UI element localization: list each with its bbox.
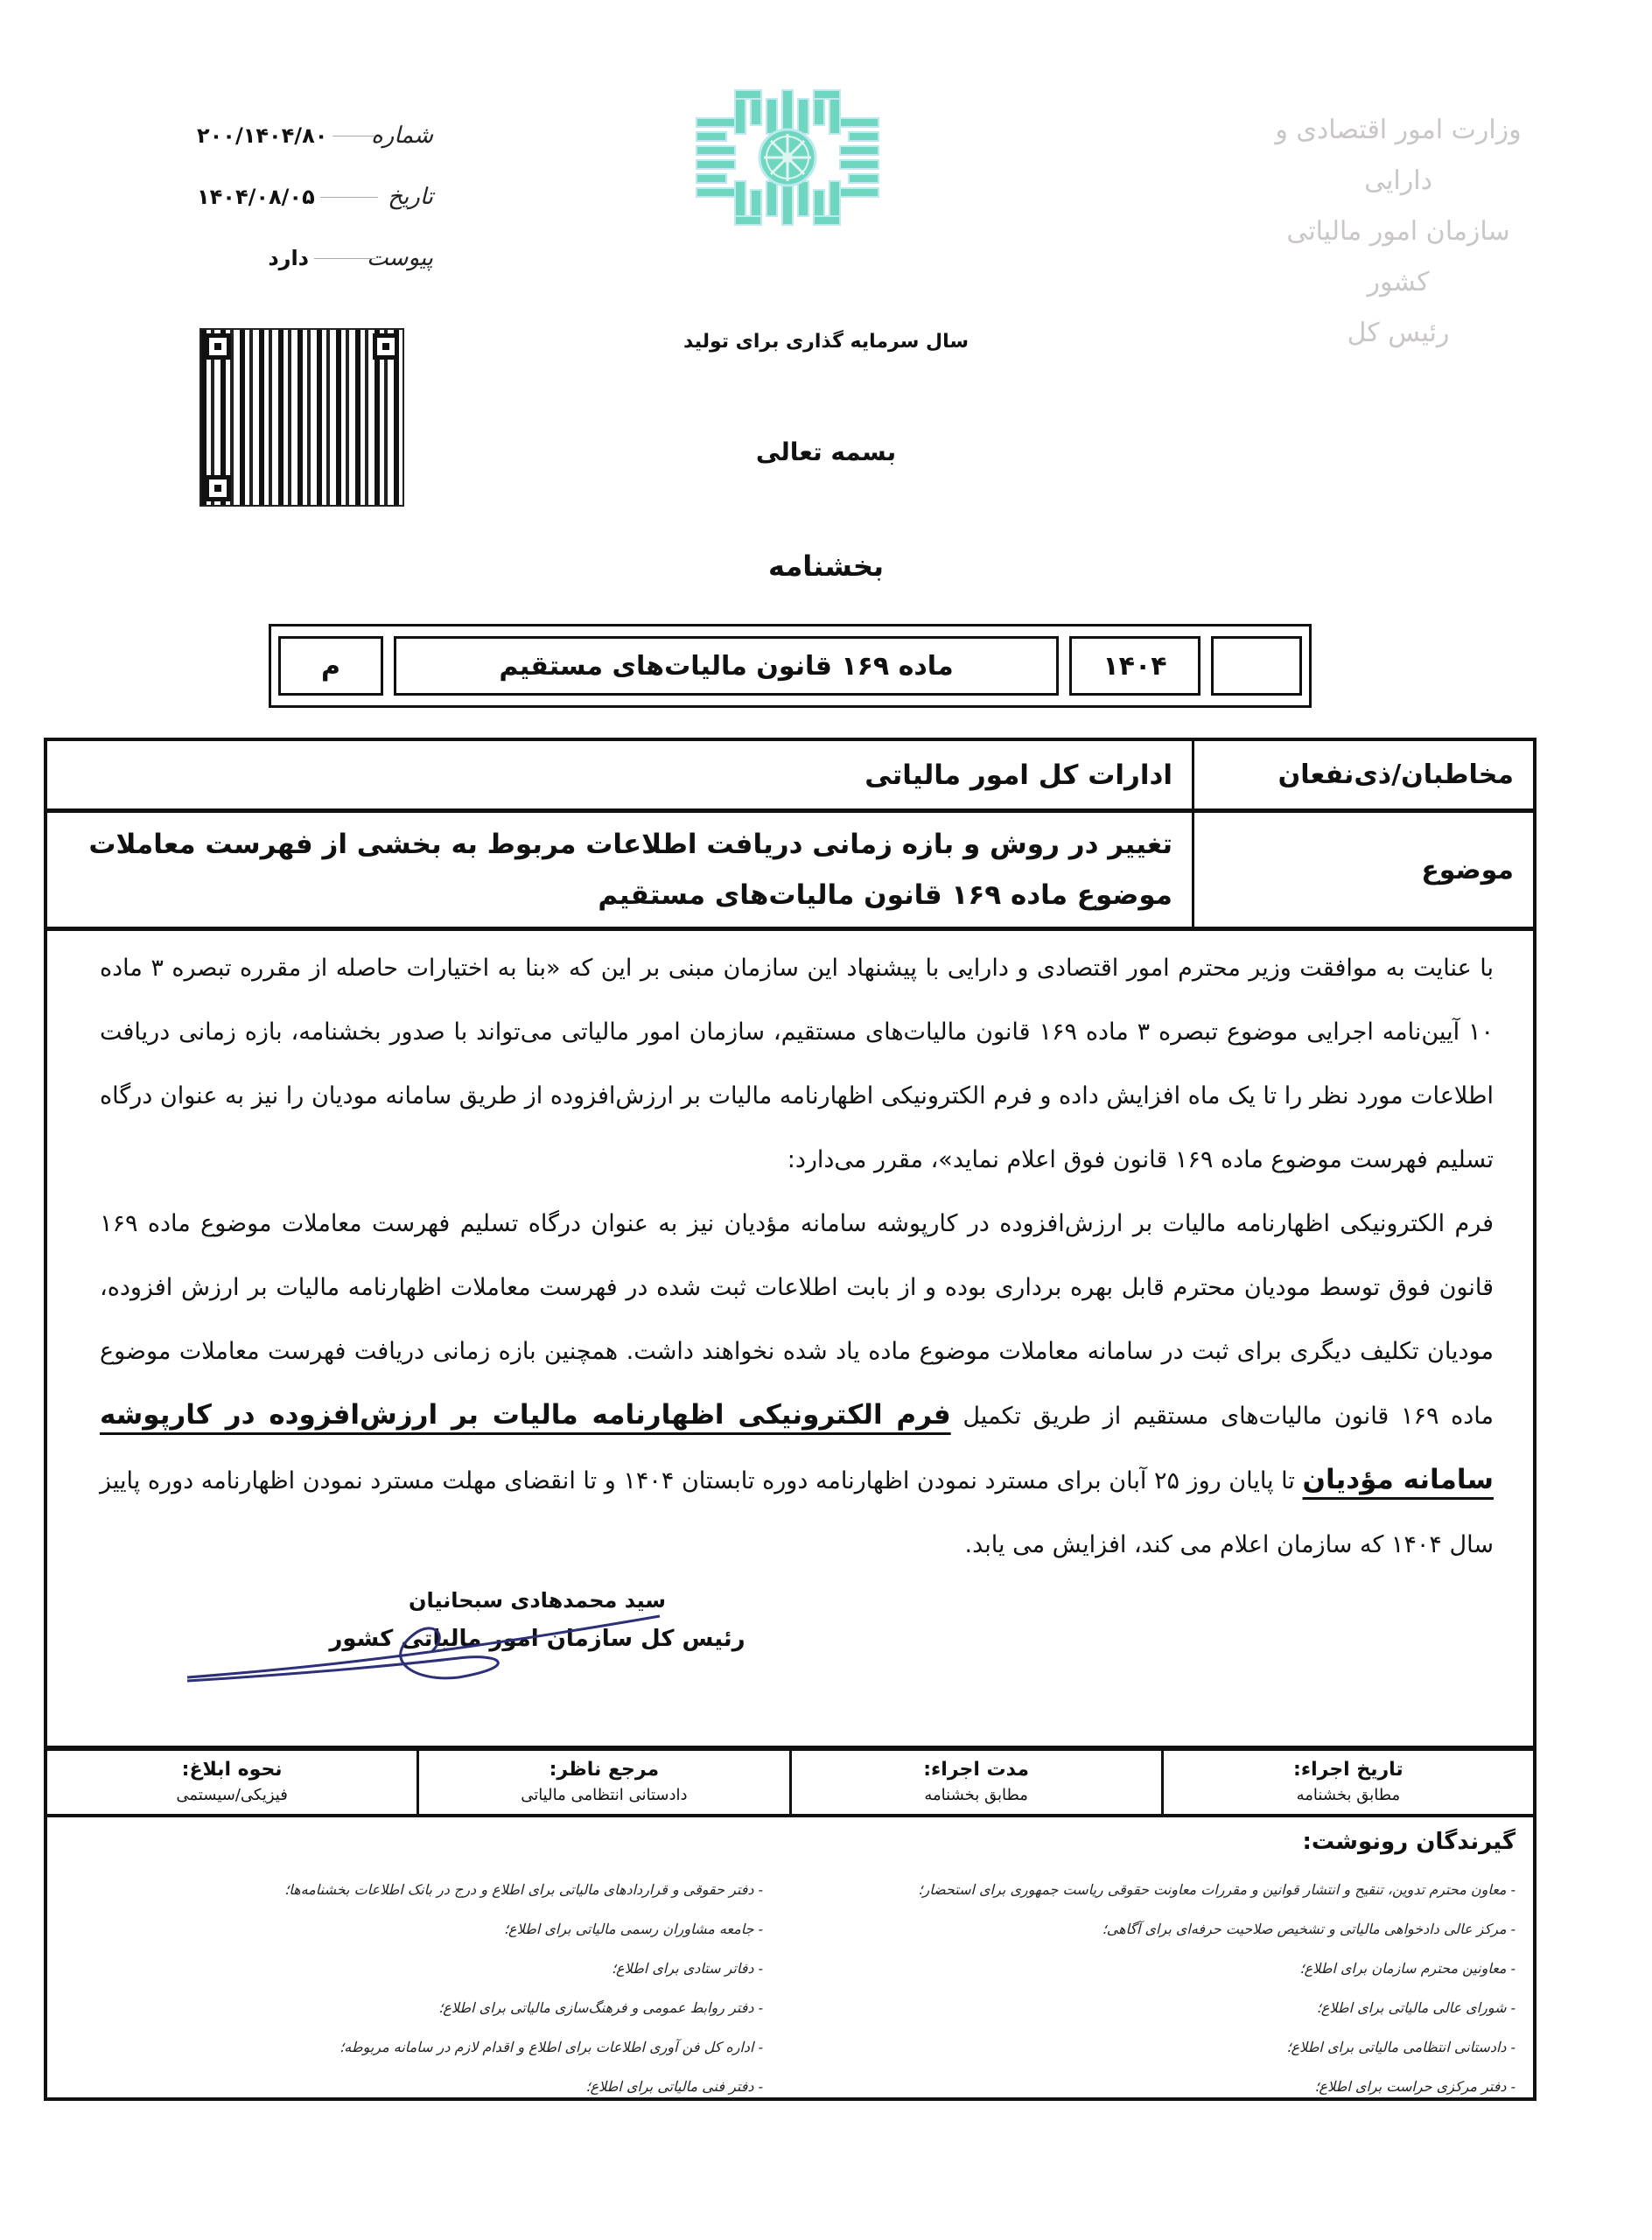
cc-item: - معاونین محترم سازمان برای اطلاع؛ xyxy=(807,1949,1515,1988)
signature-icon xyxy=(170,1607,695,1686)
body-text: تا پایان روز ۲۵ آبان برای مسترد نمودن اظ… xyxy=(100,1467,1494,1558)
cc-item: - دفاتر ستادی برای اطلاع؛ xyxy=(98,1949,763,1988)
subject-row: موضوع تغییر در روش و بازه زمانی دریافت ا… xyxy=(47,813,1533,931)
body-paragraph: فرم الکترونیکی اظهارنامه مالیات بر ارزش‌… xyxy=(100,1192,1494,1577)
divider xyxy=(332,136,375,136)
divider xyxy=(320,197,378,198)
reference-title: ماده ۱۶۹ قانون مالیات‌های مستقیم xyxy=(394,636,1059,696)
execution-duration-cell: مدت اجراء: مطابق بخشنامه xyxy=(789,1751,1161,1814)
cc-item: - معاون محترم تدوین، تنقیح و انتشار قوان… xyxy=(807,1870,1515,1909)
qr-code xyxy=(199,328,404,507)
supervisory-authority-cell: مرجع ناظر: دادستانی انتظامی مالیاتی xyxy=(416,1751,788,1814)
attachment-row: پیوست دارد xyxy=(197,227,433,289)
reference-box: ۱۴۰۴ ماده ۱۶۹ قانون مالیات‌های مستقیم م xyxy=(269,624,1312,708)
execution-duration-label: مدت اجراء: xyxy=(792,1757,1161,1783)
ministry-line: وزارت امور اقتصادی و دارایی xyxy=(1258,105,1538,206)
cc-item: - دفتر مرکزی حراست برای اطلاع؛ xyxy=(807,2067,1515,2106)
signature-block: سید محمدهادی سبحانیان رئیس کل سازمان امو… xyxy=(275,1581,800,1658)
attachment-label: پیوست xyxy=(381,245,433,271)
cc-item: - دادستانی انتظامی مالیاتی برای اطلاع؛ xyxy=(807,2027,1515,2067)
cc-item: - مرکز عالی دادخواهی مالیاتی و تشخیص صلا… xyxy=(807,1909,1515,1949)
number-label: شماره xyxy=(381,122,433,149)
execution-date-label: تاریخ اجراء: xyxy=(1164,1757,1533,1783)
addressees-label: مخاطبان/ذی‌نفعان xyxy=(1192,741,1533,808)
addressees-row: مخاطبان/ذی‌نفعان ادارات کل امور مالیاتی xyxy=(47,741,1533,813)
letter-number: ۲۰۰/۱۴۰۴/۸۰ xyxy=(197,123,327,148)
body-paragraph: با عنایت به موافقت وزیر محترم امور اقتصا… xyxy=(100,936,1494,1192)
bismillah: بسمه تعالی xyxy=(0,437,1652,466)
cc-list-left: - دفتر حقوقی و قراردادهای مالیاتی برای ا… xyxy=(98,1870,763,2106)
execution-date-value: مطابق بخشنامه xyxy=(1164,1783,1533,1808)
execution-duration-value: مطابق بخشنامه xyxy=(792,1783,1161,1808)
divider xyxy=(314,258,375,259)
execution-info-row: تاریخ اجراء: مطابق بخشنامه مدت اجراء: مط… xyxy=(47,1746,1533,1817)
supervisory-authority-value: دادستانی انتظامی مالیاتی xyxy=(419,1783,788,1808)
cc-item: - اداره کل فن آوری اطلاعات برای اطلاع و … xyxy=(98,2027,763,2067)
cc-item: - دفتر روابط عمومی و فرهنگ‌سازی مالیاتی … xyxy=(98,1988,763,2027)
circular-frame: مخاطبان/ذی‌نفعان ادارات کل امور مالیاتی … xyxy=(44,738,1536,2101)
ministry-line: سازمان امور مالیاتی کشور xyxy=(1258,206,1538,308)
date-label: تاریخ xyxy=(383,184,433,210)
notification-method-value: فیزیکی/سیستمی xyxy=(47,1783,416,1808)
logo-icon xyxy=(691,83,884,232)
reference-number xyxy=(1211,636,1302,696)
cc-item: - دفتر فنی مالیاتی برای اطلاع؛ xyxy=(98,2067,763,2106)
letter-date-row: تاریخ ۱۴۰۴/۰۸/۰۵ xyxy=(197,166,433,227)
letter-number-row: شماره ۲۰۰/۱۴۰۴/۸۰ xyxy=(197,105,433,166)
attachment-value: دارد xyxy=(268,246,309,270)
cc-item: - شورای عالی مالیاتی برای اطلاع؛ xyxy=(807,1988,1515,2027)
subject-label: موضوع xyxy=(1192,813,1533,927)
execution-date-cell: تاریخ اجراء: مطابق بخشنامه xyxy=(1161,1751,1533,1814)
cc-title: گیرندگان رونوشت: xyxy=(1303,1829,1516,1855)
tax-organization-logo xyxy=(691,83,884,232)
document-type: بخشنامه xyxy=(0,549,1652,583)
year-motto: سال سرمایه گذاری برای تولید xyxy=(0,331,1652,353)
ministry-header: وزارت امور اقتصادی و دارایی سازمان امور … xyxy=(1258,105,1538,359)
reference-series: م xyxy=(278,636,383,696)
body-text: فرم الکترونیکی اظهارنامه مالیات بر ارزش‌… xyxy=(100,1210,1494,1430)
cc-item: - دفتر حقوقی و قراردادهای مالیاتی برای ا… xyxy=(98,1870,763,1909)
notification-method-label: نحوه ابلاغ: xyxy=(47,1757,416,1783)
cc-list-right: - معاون محترم تدوین، تنقیح و انتشار قوان… xyxy=(807,1870,1515,2106)
addressees-value: ادارات کل امور مالیاتی xyxy=(47,741,1192,808)
supervisory-authority-label: مرجع ناظر: xyxy=(419,1757,788,1783)
notification-method-cell: نحوه ابلاغ: فیزیکی/سیستمی xyxy=(47,1751,416,1814)
qr-finder-icon xyxy=(205,475,231,501)
subject-value: تغییر در روش و بازه زمانی دریافت اطلاعات… xyxy=(47,813,1192,927)
circular-body: با عنایت به موافقت وزیر محترم امور اقتصا… xyxy=(100,936,1494,1577)
letter-meta: شماره ۲۰۰/۱۴۰۴/۸۰ تاریخ ۱۴۰۴/۰۸/۰۵ پیوست… xyxy=(197,105,433,289)
reference-year: ۱۴۰۴ xyxy=(1069,636,1200,696)
letter-date: ۱۴۰۴/۰۸/۰۵ xyxy=(197,185,315,209)
cc-item: - جامعه مشاوران رسمی مالیاتی برای اطلاع؛ xyxy=(98,1909,763,1949)
